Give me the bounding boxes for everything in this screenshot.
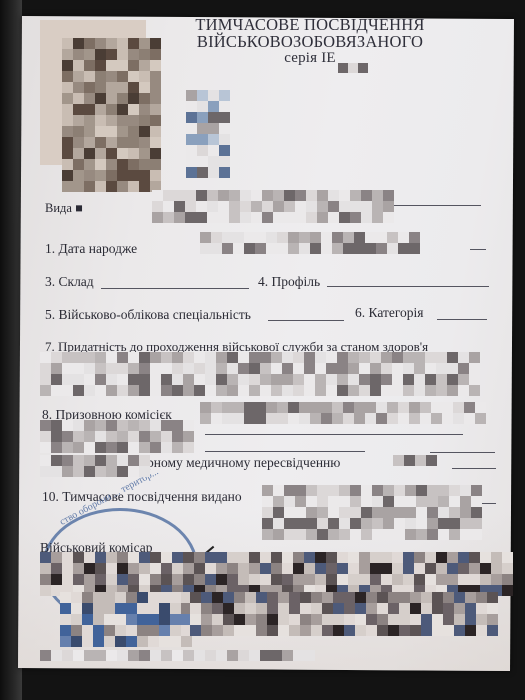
redaction-pixel (350, 507, 361, 518)
redaction-pixel (238, 363, 249, 374)
redaction-pixel (438, 496, 449, 507)
redaction-pixel (399, 625, 410, 636)
field-5-label: 5. Військово-облікова спеціальність (45, 307, 251, 323)
redaction-pixel (326, 352, 337, 363)
redaction-pixel (447, 574, 458, 585)
redaction-pixel (383, 529, 394, 540)
redaction-pixel (117, 431, 128, 442)
redaction-pixel (62, 159, 73, 170)
redaction-pixel (84, 49, 95, 60)
redaction-pixel (40, 563, 51, 574)
redaction-pixel (416, 496, 427, 507)
redaction-pixel (95, 137, 106, 148)
redaction-pixel (128, 552, 139, 563)
redaction-pixel (458, 352, 469, 363)
redaction-pixel (338, 63, 348, 73)
document-title: ТИМЧАСОВЕ ПОСВІДЧЕННЯ ВІЙСЬКОВОЗОБОВЯЗАН… (160, 16, 460, 67)
redaction-pixel (208, 156, 219, 167)
redaction-pixel (126, 603, 137, 614)
field-6-line[interactable] (437, 319, 487, 320)
redaction-pixel (73, 137, 84, 148)
redaction-pixel (62, 126, 73, 137)
redaction-pixel (260, 385, 271, 396)
redaction-pixel (139, 363, 150, 374)
redaction-pixel (321, 243, 332, 254)
redaction-pixel (469, 563, 480, 574)
redaction-pixel (223, 603, 234, 614)
redaction-pixel (392, 352, 403, 363)
redaction-pixel (73, 431, 84, 442)
redaction-pixel (222, 232, 233, 243)
redaction-pixel (227, 563, 238, 574)
redaction-pixel (148, 636, 159, 647)
redaction-pixel (449, 496, 460, 507)
redaction-pixel (409, 413, 420, 424)
redaction-pixel (84, 431, 95, 442)
redaction-pixel (152, 212, 163, 223)
redaction-pixel (271, 385, 282, 396)
redaction-pixel (238, 352, 249, 363)
redaction-pixel (219, 167, 230, 178)
redaction-pixel (194, 650, 205, 661)
redaction-pixel (137, 614, 148, 625)
redaction-pixel (370, 552, 381, 563)
redaction-pixel (159, 625, 170, 636)
redaction-pixel (443, 614, 454, 625)
redaction-pixel (51, 363, 62, 374)
redaction-pixel (425, 374, 436, 385)
redaction-pixel (73, 363, 84, 374)
redaction-pixel (300, 614, 311, 625)
redaction-pixel (339, 212, 350, 223)
redaction-pixel (73, 385, 84, 396)
redaction-pixel (394, 529, 405, 540)
redaction-pixel (73, 455, 84, 466)
redaction-pixel (458, 374, 469, 385)
redaction-pixel (277, 413, 288, 424)
redaction-pixel (183, 385, 194, 396)
redaction-pixel (51, 574, 62, 585)
redaction-pixel (337, 552, 348, 563)
redaction-pixel (205, 374, 216, 385)
redaction-pixel (377, 603, 388, 614)
redaction-pixel (469, 574, 480, 585)
redaction-pixel (326, 374, 337, 385)
redaction-pixel (370, 374, 381, 385)
redaction-pixel (284, 190, 295, 201)
redaction-pixel (223, 614, 234, 625)
redaction-pixel (392, 574, 403, 585)
redaction-pixel (405, 529, 416, 540)
redaction-pixel (139, 442, 150, 453)
redaction-pixel (137, 625, 148, 636)
redaction-pixel (262, 518, 273, 529)
redaction-pixel (471, 507, 482, 518)
redaction-pixel (317, 190, 328, 201)
redaction-pixel (208, 167, 219, 178)
redaction-pixel (487, 592, 498, 603)
redaction-pixel (40, 455, 51, 466)
redaction-pixel (106, 374, 117, 385)
redaction-pixel (196, 190, 207, 201)
redaction-pixel (388, 603, 399, 614)
redaction-pixel (139, 82, 150, 93)
redaction-pixel (436, 563, 447, 574)
redaction-pixel (71, 625, 82, 636)
redaction-pixel (333, 592, 344, 603)
redaction-pixel (249, 563, 260, 574)
redaction-pixel (315, 385, 326, 396)
redaction-pixel (73, 574, 84, 585)
redaction-pixel (62, 385, 73, 396)
redaction-pixel (216, 574, 227, 585)
redaction-pixel (447, 563, 458, 574)
redaction-pixel (71, 636, 82, 647)
redaction-pixel (197, 145, 208, 156)
redaction-pixel (73, 115, 84, 126)
redaction-pixel (348, 374, 359, 385)
redaction-pixel (104, 636, 115, 647)
redaction-pixel (218, 212, 229, 223)
redaction-pixel (183, 552, 194, 563)
field-5-line[interactable] (268, 320, 344, 321)
redaction-pixel (399, 614, 410, 625)
redaction-pixel (398, 402, 409, 413)
redaction-pixel (383, 201, 394, 212)
redaction-pixel (425, 563, 436, 574)
redaction-pixel (62, 563, 73, 574)
redaction-pixel (271, 574, 282, 585)
redaction-pixel (315, 352, 326, 363)
field-3-line[interactable] (101, 288, 249, 289)
redaction-pixel (172, 563, 183, 574)
redaction-pixel (150, 38, 161, 49)
redaction-pixel (282, 574, 293, 585)
redaction-pixel (73, 126, 84, 137)
redaction-pixel (128, 71, 139, 82)
redaction-pixel (40, 650, 51, 661)
redaction-pixel (447, 374, 458, 385)
redaction-pixel (95, 49, 106, 60)
redaction-pixel (317, 529, 328, 540)
redaction-pixel (95, 159, 106, 170)
redaction-pixel (95, 431, 106, 442)
redaction-pixel (487, 603, 498, 614)
redaction-pixel (40, 574, 51, 585)
redaction-pixel (383, 496, 394, 507)
redaction-pixel (117, 466, 128, 477)
redaction-pixel (266, 232, 277, 243)
redaction-pixel (128, 38, 139, 49)
redaction-pixel (117, 148, 128, 159)
redaction-pixel (172, 363, 183, 374)
redaction-pixel (421, 592, 432, 603)
redaction-pixel (62, 137, 73, 148)
redaction-pixel (84, 455, 95, 466)
redaction-pixel (442, 413, 453, 424)
redaction-pixel (51, 420, 62, 431)
redaction-pixel (377, 625, 388, 636)
redaction-pixel (326, 385, 337, 396)
redaction-pixel (95, 38, 106, 49)
redaction-pixel (443, 625, 454, 636)
redaction-pixel (117, 442, 128, 453)
redaction-pixel (438, 507, 449, 518)
redaction-pixel (106, 38, 117, 49)
redaction-pixel (163, 212, 174, 223)
redaction-pixel (487, 625, 498, 636)
redaction-pixel (366, 614, 377, 625)
redaction-pixel (255, 232, 266, 243)
redaction-pixel (256, 592, 267, 603)
redaction-pixel (71, 603, 82, 614)
redaction-pixel (361, 190, 372, 201)
redaction-pixel (262, 496, 273, 507)
redaction-pixel (304, 650, 315, 661)
redaction-pixel (288, 243, 299, 254)
redaction-pixel (405, 507, 416, 518)
redaction-pixel (197, 90, 208, 101)
redaction-pixel (460, 529, 471, 540)
redaction-pixel (128, 352, 139, 363)
redaction-pixel (190, 603, 201, 614)
redaction-pixel (372, 212, 383, 223)
redaction-pixel (359, 363, 370, 374)
redaction-pixel (194, 374, 205, 385)
redaction-pixel (383, 507, 394, 518)
redaction-pixel (126, 592, 137, 603)
redaction-pixel (170, 603, 181, 614)
redaction-pixel (416, 529, 427, 540)
redaction-pixel (196, 212, 207, 223)
redaction-pixel (233, 232, 244, 243)
redaction-pixel (106, 563, 117, 574)
redaction-pixel (117, 126, 128, 137)
redaction-pixel (51, 374, 62, 385)
redaction-pixel (381, 563, 392, 574)
redaction-pixel (117, 650, 128, 661)
redaction-pixel (421, 614, 432, 625)
redaction-pixel (207, 212, 218, 223)
redaction-pixel (370, 574, 381, 585)
redaction-pixel (95, 170, 106, 181)
redaction-pixel (201, 614, 212, 625)
redaction-pixel (186, 134, 197, 145)
redaction-pixel (337, 574, 348, 585)
redaction-pixel (148, 603, 159, 614)
redaction-pixel (310, 402, 321, 413)
redaction-pixel (465, 625, 476, 636)
redaction-pixel (404, 455, 415, 466)
redaction-pixel (205, 385, 216, 396)
redaction-pixel (392, 552, 403, 563)
redaction-pixel (469, 552, 480, 563)
redaction-pixel (128, 442, 139, 453)
redaction-pixel (354, 232, 365, 243)
redaction-pixel (71, 614, 82, 625)
redaction-pixel (95, 374, 106, 385)
redaction-pixel (317, 212, 328, 223)
redaction-pixel (425, 574, 436, 585)
redaction-pixel (339, 529, 350, 540)
redaction-pixel (117, 115, 128, 126)
redaction-pixel (161, 650, 172, 661)
redaction-pixel (170, 636, 181, 647)
redaction-pixel (212, 625, 223, 636)
redaction-pixel (212, 592, 223, 603)
redaction-pixel (388, 614, 399, 625)
redaction-pixel (62, 170, 73, 181)
redaction-pixel (137, 592, 148, 603)
redaction-pixel (84, 148, 95, 159)
redaction-pixel (383, 212, 394, 223)
redaction-pixel (84, 82, 95, 93)
redaction-pixel (361, 201, 372, 212)
redaction-pixel (262, 529, 273, 540)
redaction-pixel (62, 420, 73, 431)
redaction-pixel (295, 518, 306, 529)
redaction-pixel (73, 159, 84, 170)
redaction-pixel (260, 352, 271, 363)
redaction-pixel (161, 574, 172, 585)
redaction-pixel (159, 636, 170, 647)
redaction-pixel (425, 385, 436, 396)
redaction-pixel (229, 201, 240, 212)
redaction-pixel (321, 232, 332, 243)
redaction-pixel (139, 137, 150, 148)
redaction-pixel (370, 363, 381, 374)
redaction-pixel (311, 625, 322, 636)
redaction-pixel (337, 374, 348, 385)
redaction-pixel (414, 552, 425, 563)
redaction-pixel (150, 71, 161, 82)
redaction-pixel (185, 190, 196, 201)
redaction-pixel (84, 374, 95, 385)
redaction-pixel (150, 574, 161, 585)
redaction-pixel (207, 190, 218, 201)
redaction-pixel (311, 592, 322, 603)
redaction-pixel (295, 496, 306, 507)
redaction-pixel (306, 496, 317, 507)
redaction-pixel (40, 420, 51, 431)
redaction-pixel (219, 134, 230, 145)
redaction-pixel (328, 212, 339, 223)
redaction-pixel (219, 112, 230, 123)
redaction-pixel (51, 442, 62, 453)
redaction-pixel (62, 104, 73, 115)
redaction-pixel (148, 592, 159, 603)
redaction-pixel (152, 190, 163, 201)
redaction-pixel (366, 603, 377, 614)
redaction-pixel (299, 413, 310, 424)
redaction-pixel (289, 625, 300, 636)
redaction-pixel (251, 190, 262, 201)
redaction-pixel (414, 363, 425, 374)
redaction-pixel (117, 159, 128, 170)
redaction-pixel (355, 625, 366, 636)
redaction-pixel (414, 563, 425, 574)
redaction-pixel (208, 112, 219, 123)
redaction-pixel (106, 60, 117, 71)
redaction-pixel (73, 181, 84, 192)
redaction-pixel (480, 563, 491, 574)
redaction-pixel (197, 101, 208, 112)
redaction-pixel (128, 650, 139, 661)
redaction-pixel (229, 212, 240, 223)
redaction-pixel (410, 592, 421, 603)
redaction-pixel (205, 363, 216, 374)
redaction-pixel (62, 60, 73, 71)
redaction-pixel (84, 574, 95, 585)
redaction-pixel (260, 552, 271, 563)
redaction-pixel (381, 552, 392, 563)
redaction-pixel (471, 529, 482, 540)
redaction-pixel (170, 625, 181, 636)
redaction-pixel (300, 625, 311, 636)
redaction-pixel (62, 650, 73, 661)
redaction-pixel (266, 413, 277, 424)
redaction-pixel (432, 592, 443, 603)
redaction-pixel (117, 374, 128, 385)
field-4-line[interactable] (327, 286, 489, 287)
redaction-pixel (273, 190, 284, 201)
redaction-pixel (240, 190, 251, 201)
redaction-pixel (453, 402, 464, 413)
redaction-pixel (278, 603, 289, 614)
redaction-pixel (73, 60, 84, 71)
redaction-pixel (403, 574, 414, 585)
field-8-line-2 (205, 451, 365, 452)
redaction-pixel (222, 402, 233, 413)
redaction-pixel (306, 190, 317, 201)
redaction-pixel (84, 115, 95, 126)
redaction-pixel (40, 585, 51, 596)
redaction-pixel (84, 60, 95, 71)
redaction-pixel (271, 552, 282, 563)
redaction-pixel (216, 650, 227, 661)
redaction-pixel (139, 60, 150, 71)
redaction-pixel (93, 625, 104, 636)
redaction-pixel (273, 518, 284, 529)
redaction-pixel (471, 485, 482, 496)
redaction-pixel (339, 485, 350, 496)
redaction-pixel (172, 431, 183, 442)
redaction-pixel (117, 552, 128, 563)
redaction-pixel (333, 603, 344, 614)
redaction-pixel (95, 574, 106, 585)
redaction-pixel (464, 413, 475, 424)
redaction-pixel (322, 614, 333, 625)
redaction-pixel (310, 232, 321, 243)
redaction-pixel (348, 363, 359, 374)
redaction-pixel (174, 201, 185, 212)
redaction-pixel (414, 385, 425, 396)
redaction-pixel (227, 650, 238, 661)
redaction-pixel (117, 563, 128, 574)
redaction-pixel (262, 201, 273, 212)
redaction-pixel (381, 363, 392, 374)
redaction-pixel (344, 592, 355, 603)
redaction-pixel (266, 402, 277, 413)
redaction-pixel (447, 352, 458, 363)
redaction-pixel (476, 614, 487, 625)
redaction-pixel (84, 352, 95, 363)
redaction-pixel (284, 212, 295, 223)
redaction-pixel (128, 420, 139, 431)
redaction-pixel (421, 603, 432, 614)
redaction-pixel (409, 243, 420, 254)
redaction-pixel (172, 574, 183, 585)
